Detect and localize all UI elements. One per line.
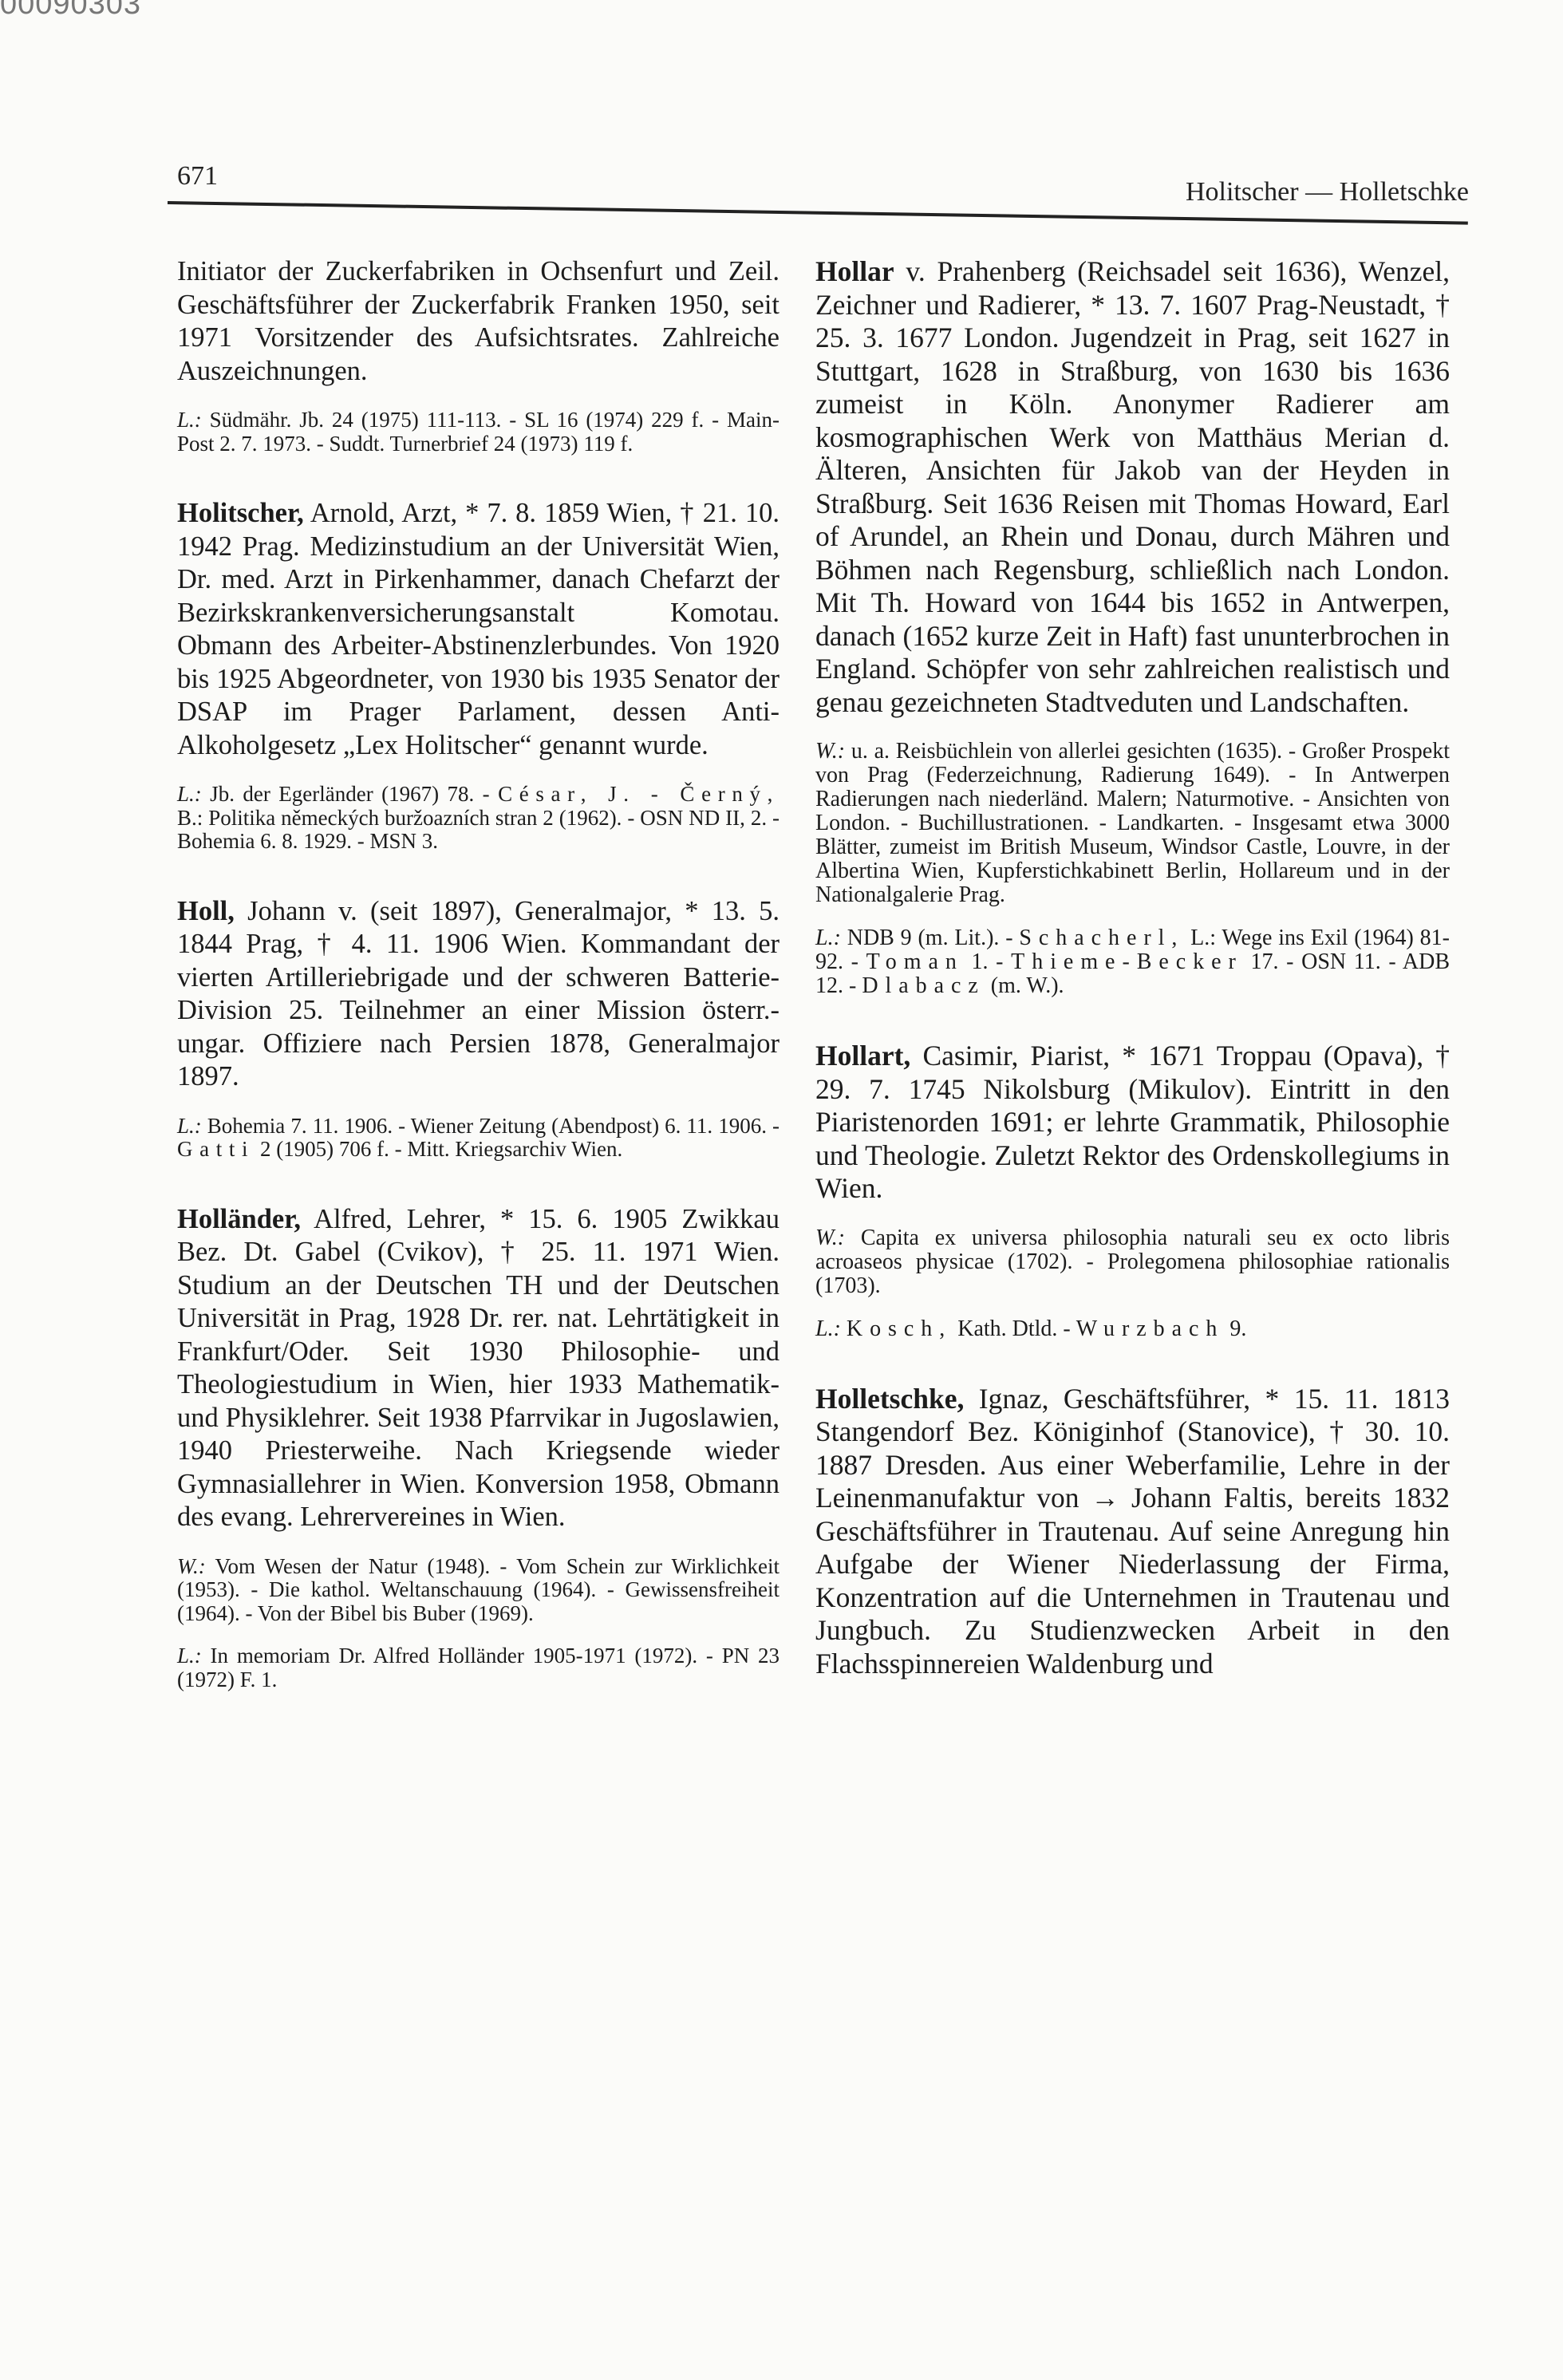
headword: Hollar [815,255,894,287]
literature-label: L.: [177,408,202,432]
scan-id: 00090303 [0,0,141,22]
literature-text: Bohemia 7. 11. 1906. - Wiener Zeitung (A… [202,1114,780,1138]
entry-body: Holl, Johann v. (seit 1897), Generalmajo… [177,895,780,1094]
literature-text: B.: Politika německých buržoazních stran… [177,806,780,854]
entry-body: Hollart, Casimir, Piarist, * 1671 Troppa… [815,1040,1450,1206]
literature-label: L.: [177,1114,202,1138]
literature-refs: L.: NDB 9 (m. Lit.). - Schacherl, L.: We… [815,926,1450,998]
author-name: Wurzbach [1076,1316,1225,1341]
works-refs: W.: u. a. Reisbüchlein von allerlei gesi… [815,740,1450,907]
entry-body: Initiator der Zuckerfabriken in Ochsenfu… [177,255,780,388]
entry-body: Hollar v. Prahenberg (Reichsadel seit 16… [815,255,1450,719]
entry-hollar: Hollar v. Prahenberg (Reichsadel seit 16… [815,255,1450,998]
works-text: Vom Wesen der Natur (1948). - Vom Schein… [177,1554,780,1625]
entry-holitscher: Holitscher, Arnold, Arzt, * 7. 8. 1859 W… [177,497,780,854]
headword: Holletschke, [815,1383,964,1415]
right-column: Hollar v. Prahenberg (Reichsadel seit 16… [815,255,1450,1722]
entry-continuation: Initiator der Zuckerfabriken in Ochsenfu… [177,255,780,456]
entry-text: Arnold, Arzt, * 7. 8. 1859 Wien, † 21. 1… [177,498,780,760]
literature-text: 9. [1224,1316,1246,1341]
headword: Holländer, [177,1204,301,1234]
author-name: Gatti [177,1137,255,1161]
entry-text: Casimir, Piarist, * 1671 Troppau (Opava)… [815,1040,1450,1204]
literature-label: L.: [177,1644,202,1668]
literature-refs: L.: Jb. der Egerländer (1967) 78. - Césa… [177,783,780,854]
literature-refs: L.: Bohemia 7. 11. 1906. - Wiener Zeitun… [177,1115,780,1162]
headword: Hollart, [815,1040,910,1072]
entry-body: Holletschke, Ignaz, Geschäftsführer, * 1… [815,1383,1450,1681]
works-label: W.: [815,739,845,764]
works-text: Capita ex universa philosophia naturali … [815,1226,1450,1298]
entry-hollaender: Holländer, Alfred, Lehrer, * 15. 6. 1905… [177,1203,780,1692]
works-label: W.: [177,1554,206,1578]
literature-refs: L.: In memoriam Dr. Alfred Holländer 190… [177,1644,780,1691]
literature-text: NDB 9 (m. Lit.). - [841,926,1019,950]
literature-text: 1. - [964,949,1011,974]
entry-text: v. Prahenberg (Reichsadel seit 1636), We… [815,255,1450,718]
entry-text: Alfred, Lehrer, * 15. 6. 1905 Zwikkau Be… [177,1204,780,1533]
author-name: Toman [866,949,964,974]
entry-text: Ignaz, Geschäftsführer, * 15. 11. 1813 S… [815,1383,1450,1679]
literature-refs: L.: Südmähr. Jb. 24 (1975) 111-113. - SL… [177,409,780,456]
literature-label: L.: [177,782,202,806]
entry-holl: Holl, Johann v. (seit 1897), Generalmajo… [177,895,780,1162]
literature-text: Kath. Dtld. - [952,1316,1076,1341]
literature-text: (m. W.). [985,973,1064,998]
entry-body: Holländer, Alfred, Lehrer, * 15. 6. 1905… [177,1203,780,1534]
literature-text: 2 (1905) 706 f. - Mitt. Kriegsarchiv Wie… [255,1137,622,1161]
author-name: Kosch, [847,1316,952,1341]
literature-refs: L.: Kosch, Kath. Dtld. - Wurzbach 9. [815,1317,1450,1341]
author-name: Dlabacz [862,973,985,998]
author-name: Schacherl, [1019,926,1184,950]
literature-text: Südmähr. Jb. 24 (1975) 111-113. - SL 16 … [177,408,780,456]
works-label: W.: [815,1226,845,1250]
entry-body: Holitscher, Arnold, Arzt, * 7. 8. 1859 W… [177,497,780,762]
works-refs: W.: Capita ex universa philosophia natur… [815,1226,1450,1298]
author-name: Thieme-Becker [1011,949,1243,974]
running-head: Holitscher — Holletschke [1186,177,1469,207]
literature-label: L.: [815,926,841,950]
author-name: César, J. - Černý, [498,782,780,806]
literature-text: In memoriam Dr. Alfred Holländer 1905-19… [177,1644,780,1691]
page-number: 671 [177,161,218,191]
left-column: Initiator der Zuckerfabriken in Ochsenfu… [177,255,780,1733]
works-text: u. a. Reisbüchlein von allerlei gesichte… [815,739,1450,907]
works-refs: W.: Vom Wesen der Natur (1948). - Vom Sc… [177,1555,780,1626]
headword: Holitscher, [177,498,304,528]
literature-text: Jb. der Egerländer (1967) 78. - [202,782,498,806]
literature-label: L.: [815,1316,841,1341]
entry-text: Johann v. (seit 1897), Generalmajor, * 1… [177,896,780,1092]
headword: Holl, [177,896,235,926]
entry-hollart: Hollart, Casimir, Piarist, * 1671 Troppa… [815,1040,1450,1341]
entry-holletschke: Holletschke, Ignaz, Geschäftsführer, * 1… [815,1383,1450,1681]
